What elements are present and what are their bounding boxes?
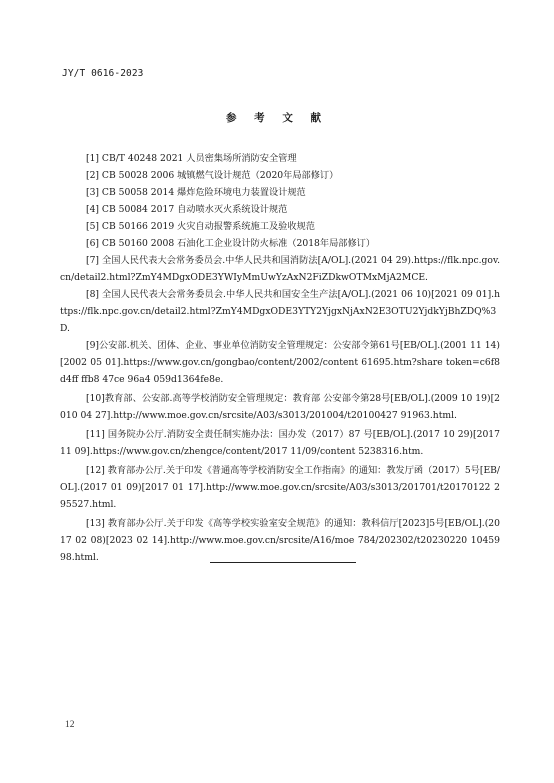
reference-item-6: [6] CB 50160 2008 石油化工企业设计防火标准（2018年局部修订… bbox=[60, 235, 500, 252]
reference-item-3: [3] CB 50058 2014 爆炸危险环境电力装置设计规范 bbox=[60, 184, 500, 201]
end-divider-line bbox=[210, 562, 356, 563]
reference-item-4: [4] CB 50084 2017 自动喷水灭火系统设计规范 bbox=[60, 201, 500, 218]
reference-item-11: [11] 国务院办公厅.消防安全责任制实施办法：国办发（2017）87 号[EB… bbox=[60, 426, 500, 460]
references-section-title: 参 考 文 献 bbox=[0, 110, 554, 125]
reference-item-13: [13] 教育部办公厅.关于印发《高等学校实验室安全规范》的通知：教科信厅[20… bbox=[60, 515, 500, 566]
reference-item-12: [12] 教育部办公厅.关于印发《普通高等学校消防安全工作指南》的通知：教发厅函… bbox=[60, 462, 500, 513]
reference-list: [1] CB/T 40248 2021 人员密集场所消防安全管理 [2] CB … bbox=[60, 150, 500, 566]
reference-item-7: [7] 全国人民代表大会常务委员会.中华人民共和国消防法[A/OL].(2021… bbox=[60, 252, 500, 286]
reference-item-9: [9]公安部.机关、团体、企业、事业单位消防安全管理规定：公安部令第61号[EB… bbox=[60, 337, 500, 388]
page-number: 12 bbox=[65, 720, 75, 730]
reference-item-1: [1] CB/T 40248 2021 人员密集场所消防安全管理 bbox=[60, 150, 500, 167]
reference-item-10: [10]教育部、公安部.高等学校消防安全管理规定：教育部 公安部令第28号[EB… bbox=[60, 390, 500, 424]
reference-item-8: [8] 全国人民代表大会常务委员会.中华人民共和国安全生产法[A/OL].(20… bbox=[60, 286, 500, 337]
reference-item-5: [5] CB 50166 2019 火灾自动报警系统施工及验收规范 bbox=[60, 218, 500, 235]
reference-item-2: [2] CB 50028 2006 城镇燃气设计规范（2020年局部修订） bbox=[60, 167, 500, 184]
standard-code-header: JY/T 0616-2023 bbox=[62, 68, 143, 79]
